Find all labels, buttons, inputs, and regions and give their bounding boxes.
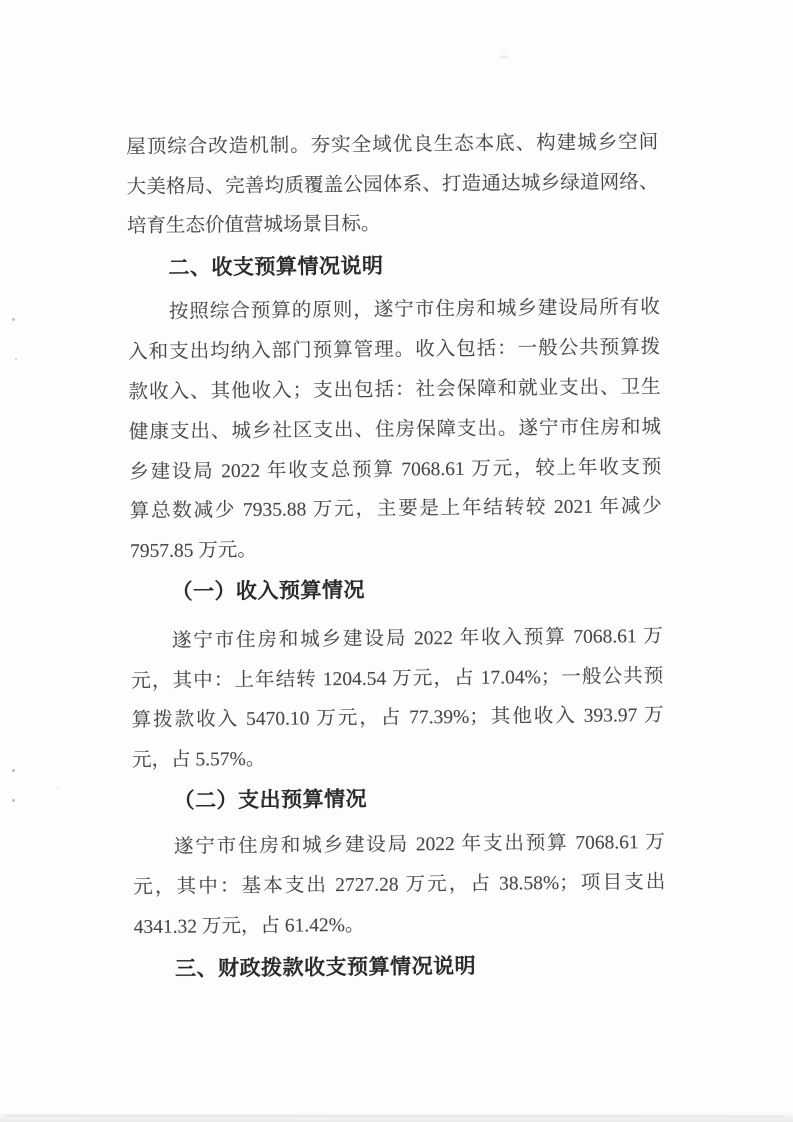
scan-speck	[12, 318, 15, 321]
paragraph-line: 大美格局、完善均质覆盖公园体系、打造通达城乡绿道网络、	[126, 169, 658, 202]
section-heading: （二）支出预算情况	[173, 786, 367, 816]
scan-speck	[12, 799, 15, 802]
paragraph-line: 7957.85 万元。	[130, 537, 257, 566]
scan-speck	[12, 769, 15, 772]
paragraph-line: 培育生态价值营城场景目标。	[127, 211, 381, 241]
scan-smudge	[500, 55, 508, 59]
scan-speck	[15, 358, 17, 360]
paragraph-line: 算总数减少 7935.88 万元，主要是上年结转较 2021 年减少	[130, 493, 662, 526]
paragraph-line: 遂宁市住房和城乡建设局 2022 年支出预算 7068.61 万	[174, 829, 665, 862]
section-heading: 三、财政拨款收支预算情况说明	[175, 953, 476, 984]
paragraph-line: 遂宁市住房和城乡建设局 2022 年收入预算 7068.61 万	[172, 623, 663, 656]
paragraph-line: 健康支出、城乡社区支出、住房保障支出。遂宁市住房和城	[129, 414, 661, 447]
paragraph-line: 屋顶综合改造机制。夯实全域优良生态本底、构建城乡空间	[126, 129, 658, 162]
section-heading: （一）收入预算情况	[171, 577, 365, 607]
paragraph-line: 款收入、其他收入；支出包括：社会保障和就业支出、卫生	[128, 374, 660, 407]
document-page: 屋顶综合改造机制。夯实全域优良生态本底、构建城乡空间 大美格局、完善均质覆盖公园…	[0, 0, 793, 1122]
paragraph-line: 4341.32 万元，占 61.42%。	[134, 912, 365, 942]
scanned-text-block: 屋顶综合改造机制。夯实全域优良生态本底、构建城乡空间 大美格局、完善均质覆盖公园…	[0, 0, 793, 1122]
paragraph-line: 元，占 5.57%。	[132, 746, 266, 775]
paragraph-line: 元，其中：上年结转 1204.54 万元，占 17.04%；一般公共预	[131, 663, 663, 696]
paragraph-line: 入和支出均纳入部门预算管理。收入包括：一般公共预算拨	[128, 334, 660, 367]
scan-speck	[57, 787, 59, 789]
paragraph-line: 乡建设局 2022 年收支总预算 7068.61 万元，较上年收支预	[129, 454, 661, 487]
paragraph-line: 元，其中：基本支出 2727.28 万元，占 38.58%；项目支出	[133, 869, 665, 902]
paragraph-line: 算拨款收入 5470.10 万元，占 77.39%；其他收入 393.97 万	[132, 702, 664, 735]
paragraph-line: 按照综合预算的原则，遂宁市住房和城乡建设局所有收	[169, 294, 660, 327]
section-heading: 二、收支预算情况说明	[168, 253, 383, 283]
